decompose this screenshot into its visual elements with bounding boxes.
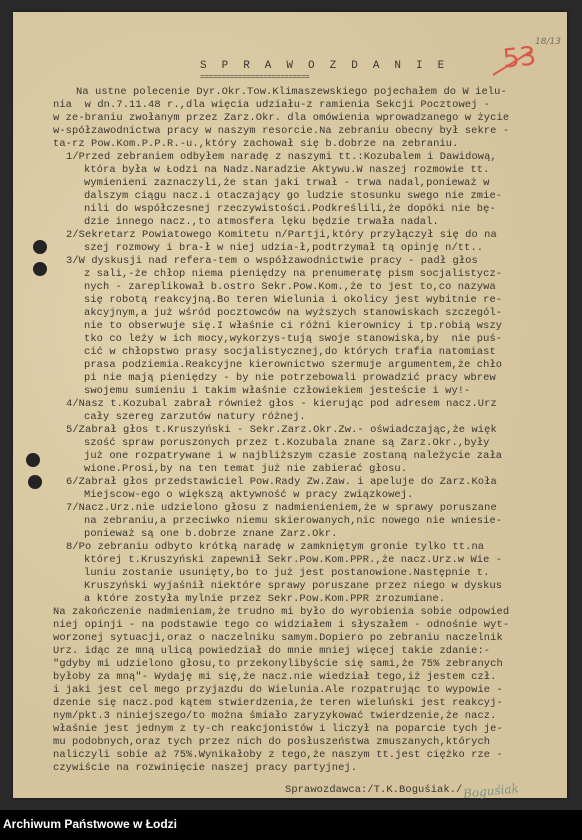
text-line: 4/Nasz t.Kozubal zabrał również głos - k… xyxy=(66,398,576,411)
text-line: nym/pkt.3 niniejszego/to można śmiało za… xyxy=(53,710,563,723)
document-title: S P R A W O Z D A N I E xyxy=(200,60,448,72)
text-line: w-spółzawodnictwa pracy w naszym resorci… xyxy=(53,125,563,138)
text-line: 5/Zabrał głos t.Kruszyński - Sekr.Zarz.O… xyxy=(66,424,576,437)
text-line: prasa podziemia.Reakcyjne kierownictwo s… xyxy=(84,359,582,372)
text-line: właśnie jest jednym z ty-ch reakcjonistó… xyxy=(53,723,563,736)
text-line: Na ustne polecenie Dyr.Okr.Tow.Klimaszew… xyxy=(76,86,582,99)
text-line: luniu zostanie usunięty,bo to już jest p… xyxy=(84,567,582,580)
punch-hole-icon xyxy=(26,453,40,467)
text-line: szej rozmowy i bra-ł w niej udzia-ł,podt… xyxy=(84,242,582,255)
punch-hole-icon xyxy=(33,240,47,254)
text-line: której t.Kruszyński zapewnił Sekr.Pow.Ko… xyxy=(84,554,582,567)
text-line: 7/Nacz.Urz.nie udzielono głosu z nadmien… xyxy=(66,502,576,515)
text-line: ponieważ są one b.dobrze znane Zarz.Okr. xyxy=(84,528,582,541)
text-line: cały szereg zarzutów natury różnej. xyxy=(84,411,582,424)
text-line: akcyjnym,a już wśród pocztowców na wyższ… xyxy=(84,307,582,320)
text-line: wymienieni zaznaczyli,że stan jaki trwał… xyxy=(84,177,582,190)
text-line: ta-rz Pow.Kom.P.P.R.-u.,który zachował s… xyxy=(53,138,563,151)
text-line: 2/Sekretarz Powiatowego Komitetu n/Partj… xyxy=(66,229,576,242)
punch-hole-icon xyxy=(33,262,47,276)
text-line: nia w dn.7.11.48 r.,dla więcia udziału-z… xyxy=(53,99,563,112)
text-line: niej opinji - na podstawie tego co widzi… xyxy=(53,619,563,632)
folio-annotation: 18/13 xyxy=(535,37,561,47)
text-line: nych - zareplikował b.ostro Sekr.Pow.Kom… xyxy=(84,281,582,294)
text-line: i jaki jest cel mego przyjazdu do Wielun… xyxy=(53,684,563,697)
text-line: cić w chłopstwo prasy socjalistycznej,do… xyxy=(84,346,582,359)
text-line: byłoby za mną"- Wydaję mi się,że nacz.ni… xyxy=(53,671,563,684)
text-line: szość spraw poruszonych przez t.Kozubala… xyxy=(84,437,582,450)
text-line: Miejscow-ego o większą aktywność w pracy… xyxy=(84,489,582,502)
text-line: dzenie się nacz.pod kątem stwierdzenia,ż… xyxy=(53,697,563,710)
text-line: która była w Łodzi na Nadz.Naradzie Akty… xyxy=(84,164,582,177)
text-line: wione.Prosi,by na ten temat już nie zabi… xyxy=(84,463,582,476)
text-line: Urz. idąc ze mną ulicą powiedział do mni… xyxy=(53,645,563,658)
text-line: "gdyby mi udzielono głosu,to przekonylib… xyxy=(53,658,563,671)
text-line: na zebraniu,a przeciwko niemu skierowany… xyxy=(84,515,582,528)
text-line: tko co leży w ich mocy,wykorzys-tują swo… xyxy=(84,333,582,346)
text-line: 1/Przed zebraniem odbyłem naradę z naszy… xyxy=(66,151,576,164)
text-line: mu podobnych,oraz tych przez nich do pos… xyxy=(53,736,563,749)
text-line: nie to obserwuje się.I właśnie ci różni … xyxy=(84,320,582,333)
text-line: Na zakończenie nadmieniam,że trudno mi b… xyxy=(53,606,563,619)
title-underline: ========================== xyxy=(200,73,309,82)
text-line: naliczyli sobie aż 75%.Wynikałoby z tego… xyxy=(53,749,563,762)
text-line: worzonej sytuacji,oraz o naczelniku samy… xyxy=(53,632,563,645)
text-line: Kruszyński wyjaśnił niektóre sprawy poru… xyxy=(84,580,582,593)
text-line: 8/Po zebraniu odbyto krótką naradę w zam… xyxy=(66,541,576,554)
document-page: S P R A W O Z D A N I E ================… xyxy=(13,12,567,798)
text-line: czywiście na rozwinięcie naszej pracy pa… xyxy=(53,762,563,775)
text-line: Sprawozdawca:/T.K.Boguśiak./ xyxy=(285,784,582,797)
archive-label: Archiwum Państwowe w Łodzi xyxy=(3,817,177,831)
text-line: a które zostyła mylnie przez Sekr.Pow.Ko… xyxy=(84,593,582,606)
text-line: w ze-braniu zwołanym przez Zarz.Okr. dla… xyxy=(53,112,563,125)
text-line: 6/Zabrał głos przedstawiciel Pow.Rady Zw… xyxy=(66,476,576,489)
text-line: dalszym ciągu nacz.i otaczający go ludzi… xyxy=(84,190,582,203)
text-line: się robotą reakcyjną.Bo teren Wielunia i… xyxy=(84,294,582,307)
punch-hole-icon xyxy=(28,475,42,489)
text-line: z sali,-że chłop niema pieniędzy na pren… xyxy=(84,268,582,281)
text-line: dzie innego nacz.,to atmosfera lęku będz… xyxy=(84,216,582,229)
text-line: swojemu sumieniu i takim właśnie człowie… xyxy=(84,385,582,398)
text-line: 3/W dyskusji nad refera-tem o współzawod… xyxy=(66,255,576,268)
text-line: już one rozpatrywane i w najbliższym cza… xyxy=(84,450,582,463)
text-line: nili do współczesnej rzeczywistości.Podk… xyxy=(84,203,582,216)
text-line: pi nie mają pieniędzy - by nie potrzebow… xyxy=(84,372,582,385)
